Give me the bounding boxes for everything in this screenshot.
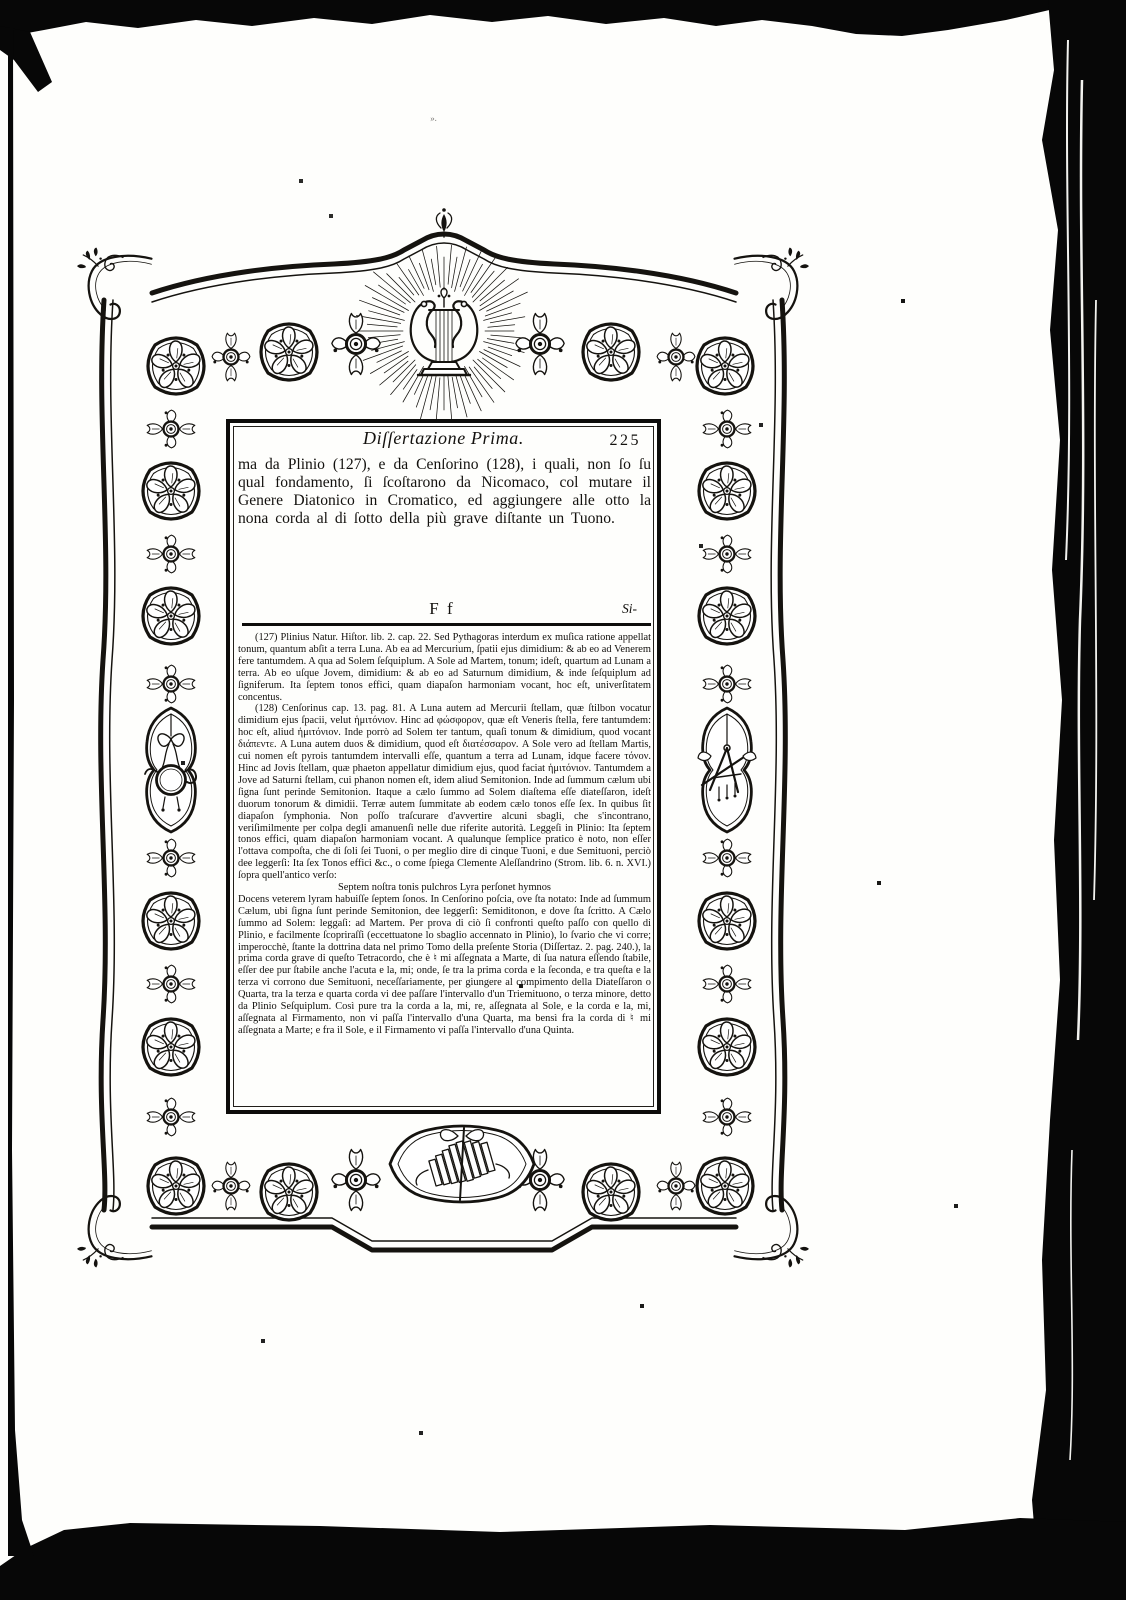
lyre-icon bbox=[411, 288, 478, 375]
catchword: Si- bbox=[622, 601, 637, 617]
corner-scroll-bottom-left bbox=[77, 1196, 151, 1267]
finial-ornament bbox=[436, 208, 451, 237]
scan-edge-bottom bbox=[0, 1518, 1126, 1600]
text-frame: Diſſertazione Prima. 225 ma da Plinio (1… bbox=[226, 419, 661, 1114]
footnote-128-verse: Septem noſtra tonis pulchros Lyra perſon… bbox=[238, 882, 651, 894]
scanned-page: Diſſertazione Prima. 225 ma da Plinio (1… bbox=[0, 0, 1126, 1600]
horn-medallion bbox=[145, 708, 196, 832]
scan-scratches bbox=[1066, 40, 1096, 1460]
corner-scroll-bottom-right bbox=[735, 1196, 809, 1267]
dividers-medallion bbox=[698, 708, 756, 832]
ink-speck-mark: ». bbox=[429, 113, 437, 124]
scan-blot-top-left bbox=[0, 26, 52, 92]
corner-scroll-top-right bbox=[735, 248, 809, 319]
signature-row: F f Si- bbox=[238, 599, 651, 619]
page-number: 225 bbox=[610, 432, 642, 450]
footnote-128-part1: (128) Cenſorinus cap. 13. pag. 81. A Lun… bbox=[238, 703, 651, 882]
scan-edge-top bbox=[0, 0, 1126, 38]
footnote-128-part2: Docens veterem lyram habuiſſe ſeptem ſon… bbox=[238, 894, 651, 1037]
page-header: Diſſertazione Prima. 225 bbox=[230, 428, 657, 458]
lyre-emblem bbox=[356, 245, 527, 421]
corner-scroll-top-left bbox=[77, 248, 151, 319]
page-title: Diſſertazione Prima. bbox=[230, 428, 657, 449]
dividers-trophy-icon bbox=[698, 714, 756, 802]
panpipes-icon bbox=[416, 1128, 509, 1200]
paper-specks bbox=[0, 0, 2, 2]
sunburst-icon bbox=[356, 245, 527, 421]
footnote-127: (127) Plinius Natur. Hiſtor. lib. 2. cap… bbox=[238, 632, 651, 703]
signature-mark: F f bbox=[429, 599, 454, 619]
scan-gutter-line-left bbox=[8, 28, 34, 1556]
main-paragraph: ma da Plinio (127), e da Cenſorino (128)… bbox=[238, 456, 651, 528]
footnote-separator-rule bbox=[242, 623, 651, 626]
panpipes-medallion bbox=[390, 1126, 534, 1202]
scan-edge-right bbox=[1032, 0, 1126, 1600]
footnotes-block: (127) Plinius Natur. Hiſtor. lib. 2. cap… bbox=[238, 632, 651, 1106]
hunting-horn-icon bbox=[145, 714, 196, 812]
